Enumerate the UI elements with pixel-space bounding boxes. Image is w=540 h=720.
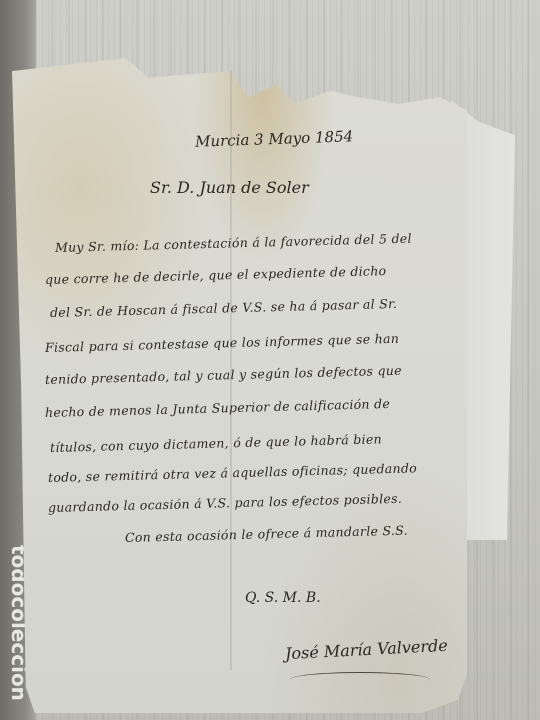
signature-flourish: [290, 672, 430, 687]
letter-salutation: Sr. D. Juan de Soler: [150, 178, 309, 197]
letter-closing: Q. S. M. B.: [245, 590, 321, 606]
